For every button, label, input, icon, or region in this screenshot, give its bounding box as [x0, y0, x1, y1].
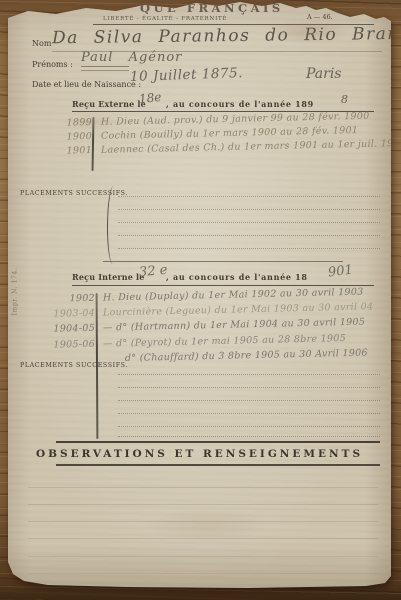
- ruled-line: [118, 235, 380, 236]
- printer-margin-note: Impr. N. 174.: [12, 257, 19, 327]
- internat-entry-year: 1904-05: [38, 323, 103, 335]
- interne-year-value: 901: [327, 263, 353, 281]
- header-ref-number: A — 46.: [307, 13, 333, 21]
- observations-rule-top: [56, 441, 380, 443]
- ruled-line: [118, 436, 380, 437]
- interne-heading-underline: [72, 285, 374, 286]
- ruled-line: [28, 573, 378, 574]
- naissance-place: Paris: [306, 66, 342, 82]
- placements-internat-label: PLACEMENTS SUCCESSIFS.: [20, 362, 128, 369]
- prenoms-label: Prénoms :: [32, 60, 73, 69]
- ruled-line: [118, 222, 380, 223]
- interne-heading-middle: , au concours de l'année 18: [166, 272, 308, 282]
- placements-externat-brace: [107, 186, 117, 264]
- ruled-line: [118, 426, 380, 427]
- externe-heading-middle: , au concours de l'année 189: [166, 99, 314, 109]
- internat-entry-row: 1904-05 — d° (Hartmann) du 1er Mai 1904 …: [38, 316, 382, 335]
- naissance-label: Date et lieu de Naissance :: [32, 80, 141, 89]
- observations-heading: OBSERVATIONS ET RENSEIGNEMENTS: [8, 448, 391, 460]
- ruled-line: [28, 504, 378, 505]
- ruled-line: [118, 400, 380, 401]
- externe-year-value: 8: [341, 93, 348, 106]
- internat-entry-text: d° (Chauffard) du 3 8bre 1905 au 30 Avri…: [103, 348, 368, 365]
- internat-entry-text: — d° (Peyrot) du 1er mai 1905 au 28 8bre…: [103, 333, 346, 350]
- internat-entry-text: Lourcinière (Legueu) du 1er Mai 1903 au …: [103, 301, 374, 318]
- internat-entry-year: 1905-06: [38, 339, 103, 351]
- header-motto: LIBERTÉ - ÉGALITÉ - FRATERNITÉ: [103, 16, 227, 22]
- document-card-wrap: QUE FRANÇAIS LIBERTÉ - ÉGALITÉ - FRATERN…: [8, 0, 391, 590]
- header-title-partial: QUE FRANÇAIS: [140, 1, 284, 15]
- internat-entry-year: 1903-04: [38, 308, 103, 320]
- observations-rule-bottom: [56, 464, 380, 466]
- placements-externat-end-line: [103, 261, 343, 262]
- ruled-line: [118, 248, 380, 249]
- ruled-line: [118, 196, 380, 197]
- internat-entry-year: 1902: [38, 293, 103, 305]
- ruled-line: [28, 556, 378, 557]
- naissance-date: 10 Juillet 1875.: [130, 65, 243, 85]
- ruled-line: [118, 374, 380, 375]
- internat-entry-text: H. Dieu (Duplay) du 1er Mai 1902 au 30 a…: [103, 287, 364, 304]
- prenoms-underline: [81, 66, 129, 71]
- ruled-line: [118, 413, 380, 414]
- document-card: QUE FRANÇAIS LIBERTÉ - ÉGALITÉ - FRATERN…: [8, 0, 391, 590]
- externe-heading-prefix: Reçu Externe le: [72, 99, 146, 109]
- nom-label: Nom: [32, 39, 51, 48]
- interne-rank-value: 32 e: [138, 263, 168, 280]
- ruled-line: [118, 209, 380, 210]
- ruled-line: [118, 387, 380, 388]
- prenoms-value: Paul Agénor: [81, 50, 182, 65]
- ruled-line: [28, 487, 378, 488]
- externe-rank-value: 18e: [138, 90, 162, 106]
- ruled-line: [28, 521, 378, 522]
- internat-entry-text: — d° (Hartmann) du 1er Mai 1904 au 30 av…: [103, 317, 365, 334]
- interne-heading-prefix: Reçu Interne le: [72, 272, 145, 282]
- nom-value: Da Silva Paranhos do Rio Branco: [52, 24, 401, 49]
- ruled-line: [28, 538, 378, 539]
